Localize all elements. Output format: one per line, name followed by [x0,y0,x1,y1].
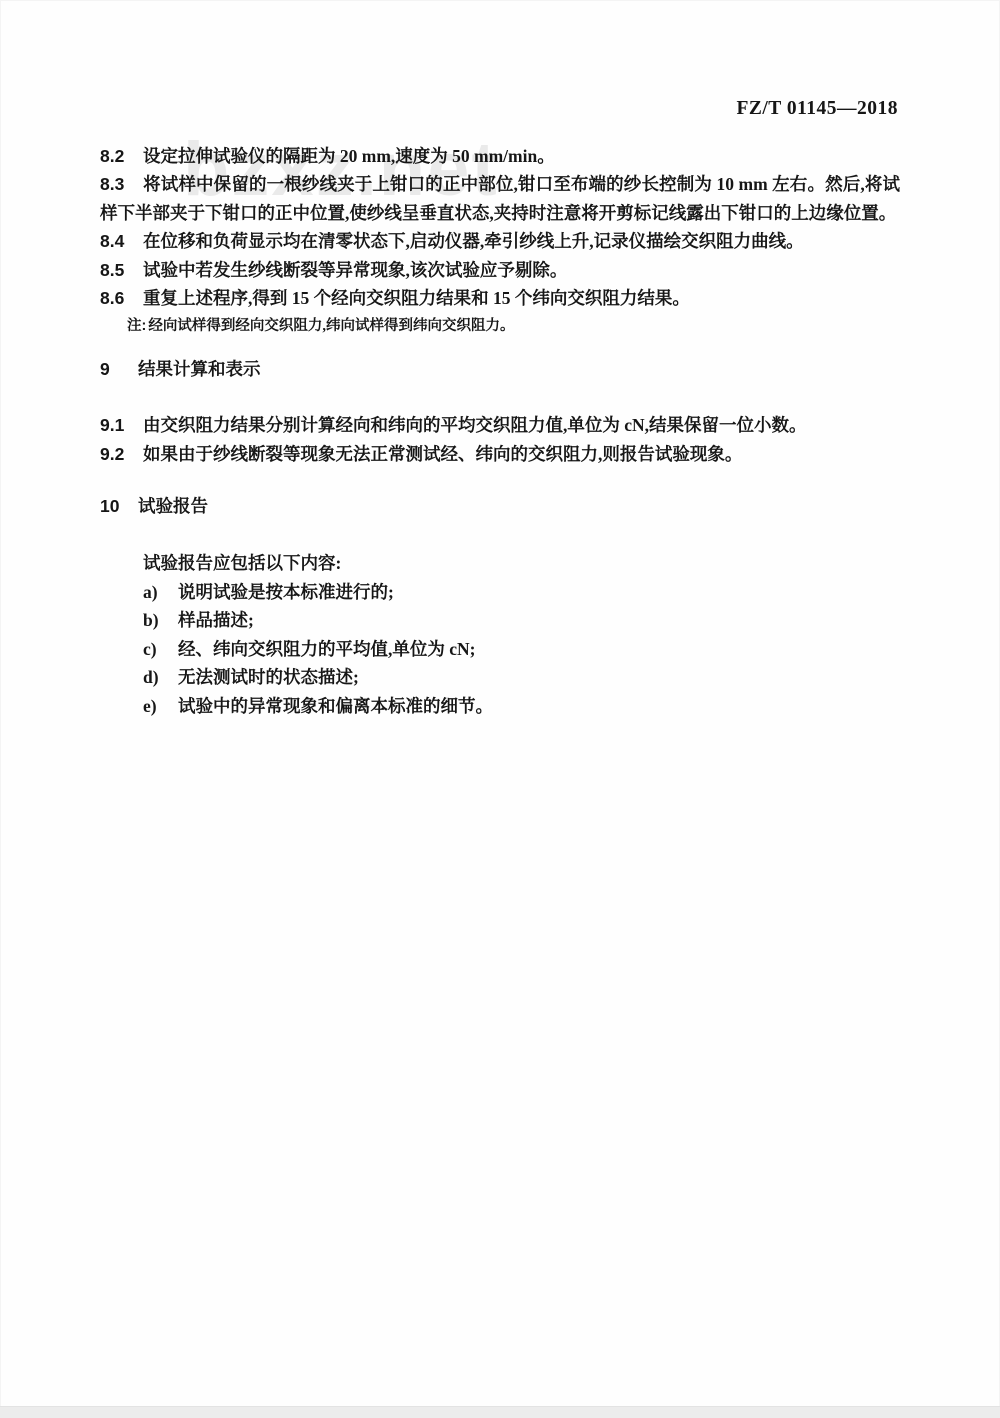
report-item-d: d)无法测试时的状态描述; [143,663,900,691]
list-label: e) [143,692,178,720]
clause-8-4: 8.4在位移和负荷显示均在清零状态下,启动仪器,牵引纱线上升,记录仪描绘交织阻力… [100,227,900,255]
clause-9-1: 9.1由交织阻力结果分别计算经向和纬向的平均交织阻力值,单位为 cN,结果保留一… [100,411,900,439]
list-text: 说明试验是按本标准进行的; [178,582,394,602]
list-label: a) [143,578,178,606]
report-item-a: a)说明试验是按本标准进行的; [143,578,900,606]
clause-8-2: 8.2设定拉伸试验仪的隔距为 20 mm,速度为 50 mm/min。 [100,142,900,170]
list-text: 无法测试时的状态描述; [178,667,359,687]
clause-number: 8.6 [100,284,143,312]
clause-text: 由交织阻力结果分别计算经向和纬向的平均交织阻力值,单位为 cN,结果保留一位小数… [143,415,807,435]
report-item-c: c)经、纬向交织阻力的平均值,单位为 cN; [143,635,900,663]
list-label: b) [143,606,178,634]
note-8-6: 注:经向试样得到经向交织阻力,纬向试样得到纬向交织阻力。 [127,312,900,340]
report-item-b: b)样品描述; [143,606,900,634]
report-item-e: e)试验中的异常现象和偏离本标准的细节。 [143,692,900,720]
clause-number: 9.2 [100,440,143,468]
clause-number: 8.5 [100,256,143,284]
note-text: 经向试样得到经向交织阻力,纬向试样得到纬向交织阻力。 [148,318,514,334]
section-title: 试验报告 [138,496,208,516]
clause-text: 重复上述程序,得到 15 个经向交织阻力结果和 15 个纬向交织阻力结果。 [143,288,690,308]
report-intro: 试验报告应包括以下内容: [143,549,900,577]
clause-text: 试验中若发生纱线断裂等异常现象,该次试验应予剔除。 [143,260,567,280]
note-label: 注: [127,318,146,334]
section-10-heading: 10试验报告 [100,492,900,520]
clause-text: 在位移和负荷显示均在清零状态下,启动仪器,牵引纱线上升,记录仪描绘交织阻力曲线。 [143,231,804,251]
standard-code-header: FZ/T 01145—2018 [736,98,898,120]
clause-text: 将试样中保留的一根纱线夹于上钳口的正中部位,钳口至布端的纱长控制为 10 mm … [100,174,900,222]
clause-text: 设定拉伸试验仪的隔距为 20 mm,速度为 50 mm/min。 [143,146,555,166]
page-scan-edge [0,1406,1000,1418]
clause-8-3: 8.3将试样中保留的一根纱线夹于上钳口的正中部位,钳口至布端的纱长控制为 10 … [100,170,900,227]
section-title: 结果计算和表示 [138,359,261,379]
document-page: bzxz.net FZ/T 01145—2018 8.2设定拉伸试验仪的隔距为 … [0,0,1000,1418]
clause-8-6: 8.6重复上述程序,得到 15 个经向交织阻力结果和 15 个纬向交织阻力结果。 [100,284,900,312]
list-label: c) [143,635,178,663]
list-text: 样品描述; [178,610,254,630]
section-number: 9 [100,355,138,383]
list-text: 试验中的异常现象和偏离本标准的细节。 [178,696,493,716]
clause-number: 8.4 [100,227,143,255]
clause-number: 8.3 [100,170,143,198]
list-text: 经、纬向交织阻力的平均值,单位为 cN; [178,639,475,659]
section-number: 10 [100,492,138,520]
clause-9-2: 9.2如果由于纱线断裂等现象无法正常测试经、纬向的交织阻力,则报告试验现象。 [100,440,900,468]
clause-8-5: 8.5试验中若发生纱线断裂等异常现象,该次试验应予剔除。 [100,256,900,284]
section-9-heading: 9结果计算和表示 [100,355,900,383]
list-label: d) [143,663,178,691]
clause-number: 8.2 [100,142,143,170]
clause-text: 如果由于纱线断裂等现象无法正常测试经、纬向的交织阻力,则报告试验现象。 [143,444,742,464]
clause-number: 9.1 [100,411,143,439]
